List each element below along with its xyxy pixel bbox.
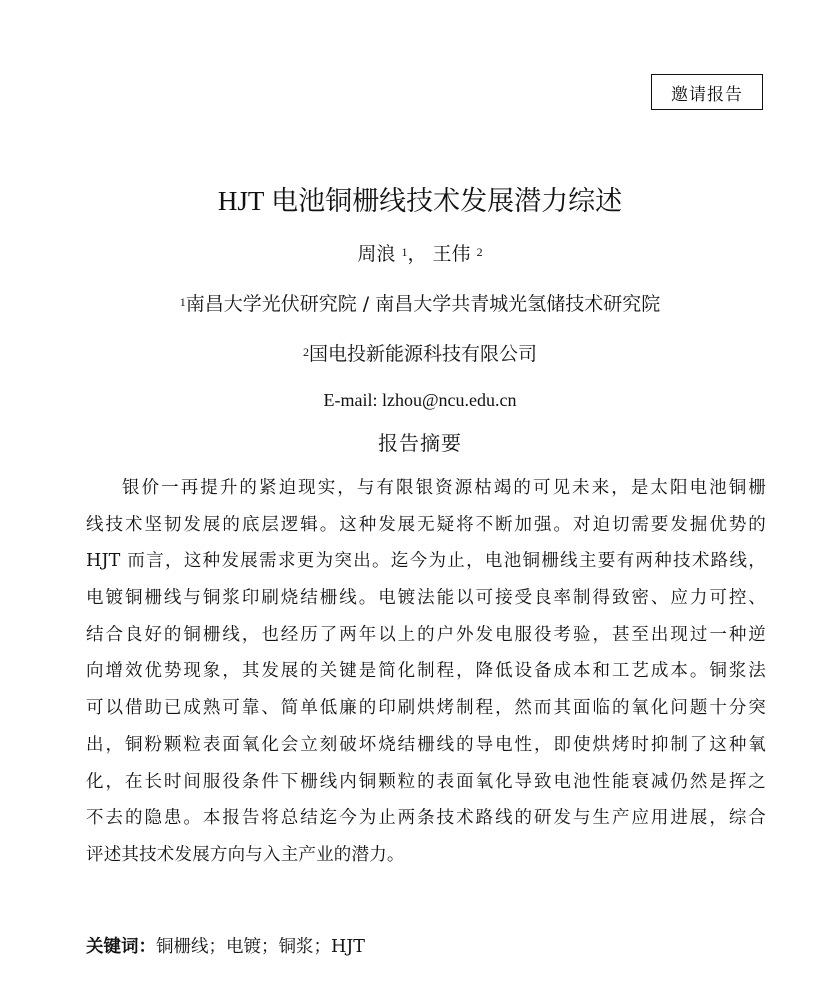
affiliation-mark: 1 <box>180 295 186 309</box>
abstract-line: 出，铜粉颗粒表面氧化会立刻破坏烧结栅线的导电性，即使烘烤时抑制了这种氧 <box>86 727 766 764</box>
keywords-values: 铜栅线；电镀；铜浆；HJT <box>156 937 365 957</box>
abstract-body: 银价一再提升的紧迫现实，与有限银资源枯竭的可见未来，是太阳电池铜栅 线技术坚韧发… <box>86 470 766 874</box>
invited-report-badge: 邀请报告 <box>651 74 763 110</box>
affiliation-text: 国电投新能源科技有限公司 <box>309 343 537 365</box>
affiliation-1: 1南昌大学光伏研究院 / 南昌大学共青城光氢储技术研究院 <box>0 290 840 318</box>
affiliation-mark: 2 <box>477 245 483 259</box>
author-name: 周浪 <box>357 243 395 265</box>
abstract-line: HJT 而言，这种发展需求更为突出。迄今为止，电池铜栅线主要有两种技术路线， <box>86 543 766 580</box>
affiliation-2: 2国电投新能源科技有限公司 <box>0 340 840 368</box>
affiliation-mark: 1 <box>401 245 407 259</box>
title-prefix: HJT <box>218 186 265 216</box>
contact-email: E-mail: lzhou@ncu.edu.cn <box>0 388 840 412</box>
abstract-line: 可以借助已成熟可靠、简单低廉的印刷烘烤制程，然而其面临的氧化问题十分突 <box>86 690 766 727</box>
abstract-line: 电镀铜栅线与铜浆印刷烧结栅线。电镀法能以可接受良率制得致密、应力可控、 <box>86 580 766 617</box>
affiliation-mark: 2 <box>303 345 309 359</box>
abstract-line: 不去的隐患。本报告将总结迄今为止两条技术路线的研发与生产应用进展，综合 <box>86 800 766 837</box>
abstract-line: 化，在长时间服役条件下栅线内铜颗粒的表面氧化导致电池性能衰减仍然是挥之 <box>86 764 766 801</box>
title-main: 电池铜栅线技术发展潜力综述 <box>271 186 622 217</box>
abstract-line: 线技术坚韧发展的底层逻辑。这种发展无疑将不断加强。对迫切需要发掘优势的 <box>86 507 766 544</box>
keywords-label: 关键词： <box>86 937 156 957</box>
abstract-heading: 报告摘要 <box>0 428 840 458</box>
author-separator: ， <box>407 243 426 265</box>
keywords: 关键词：铜栅线；电镀；铜浆；HJT <box>86 932 365 961</box>
abstract-line: 银价一再提升的紧迫现实，与有限银资源枯竭的可见未来，是太阳电池铜栅 <box>86 470 766 507</box>
author-name: 王伟 <box>433 243 471 265</box>
affiliation-text: 南昌大学光伏研究院 / 南昌大学共青城光氢储技术研究院 <box>186 293 660 315</box>
paper-title: HJT 电池铜栅线技术发展潜力综述 <box>0 184 840 219</box>
abstract-line: 向增效优势现象，其发展的关键是简化制程，降低设备成本和工艺成本。铜浆法 <box>86 653 766 690</box>
abstract-line: 评述其技术发展方向与入主产业的潜力。 <box>86 837 766 874</box>
abstract-line: 结合良好的铜栅线，也经历了两年以上的户外发电服役考验，甚至出现过一种逆 <box>86 617 766 654</box>
author-list: 周浪 1， 王伟 2 <box>0 240 840 268</box>
badge-label: 邀请报告 <box>671 80 743 105</box>
